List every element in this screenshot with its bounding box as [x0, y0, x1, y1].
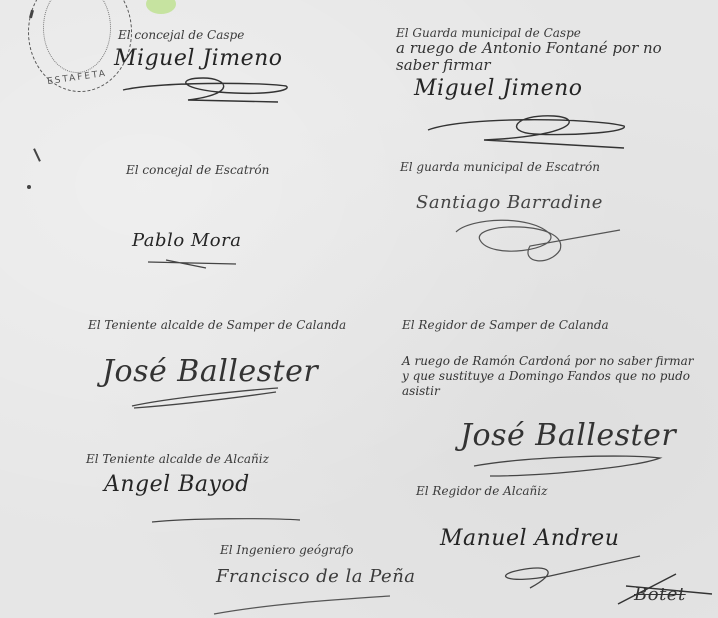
entry-guarda-escatron: El guarda municipal de Escatrón Santiago…	[400, 160, 603, 213]
signature-flourish	[118, 76, 298, 108]
ink-mark	[33, 148, 41, 162]
proxy-note: A ruego de Ramón Cardoná por no saber fi…	[402, 354, 702, 399]
entry-title: El Teniente alcalde de Samper de Calanda	[88, 318, 346, 332]
signature: Pablo Mora	[132, 230, 241, 251]
entry-title: El Ingeniero geógrafo	[220, 543, 353, 557]
entry-guarda-caspe: El Guarda municipal de Caspe a ruego de …	[396, 26, 706, 101]
signature-flourish	[424, 110, 634, 152]
strike-flourish	[616, 570, 716, 610]
signature: José Ballester	[102, 354, 318, 389]
entry-title: El Regidor de Alcañiz	[416, 484, 547, 498]
proxy-note: a ruego de Antonio Fontané por no saber …	[396, 40, 706, 74]
entry-concejal-escatron: El concejal de Escatrón	[126, 163, 269, 177]
signature-flourish	[150, 514, 310, 526]
signature: José Ballester	[460, 418, 676, 453]
entry-ingeniero-geografo: El Ingeniero geógrafo	[220, 543, 353, 557]
signature-flourish	[128, 386, 288, 412]
entry-title: El guarda municipal de Escatrón	[400, 160, 603, 174]
signature: Angel Bayod	[104, 472, 269, 497]
signature: Miguel Jimeno	[414, 76, 706, 101]
signature-flourish	[210, 594, 410, 618]
signature: Francisco de la Peña	[216, 566, 416, 587]
ink-dot	[27, 185, 31, 189]
signature: Manuel Andreu	[440, 526, 619, 551]
entry-title: El Teniente alcalde de Alcañiz	[86, 452, 269, 466]
signature-flourish	[450, 210, 630, 270]
entry-title: El concejal de Escatrón	[126, 163, 269, 177]
stamp-inner-ring	[43, 0, 111, 73]
entry-regidor-alcaniz: El Regidor de Alcañiz	[416, 484, 547, 498]
entry-title: El Regidor de Samper de Calanda	[402, 318, 702, 332]
signature-page: ESTAFETA El concejal de Caspe Miguel Jim…	[0, 0, 718, 618]
signature: Miguel Jimeno	[114, 46, 283, 71]
green-marker-dot	[146, 0, 176, 14]
entry-title: El Guarda municipal de Caspe	[396, 26, 706, 40]
entry-teniente-samper: El Teniente alcalde de Samper de Calanda	[88, 318, 346, 332]
entry-regidor-samper: El Regidor de Samper de Calanda A ruego …	[402, 318, 702, 399]
entry-concejal-caspe: El concejal de Caspe Miguel Jimeno	[118, 28, 283, 71]
entry-teniente-alcaniz: El Teniente alcalde de Alcañiz Angel Bay…	[86, 452, 269, 497]
signature-flourish	[470, 452, 670, 482]
signature-flourish	[146, 258, 246, 270]
entry-title: El concejal de Caspe	[118, 28, 283, 42]
